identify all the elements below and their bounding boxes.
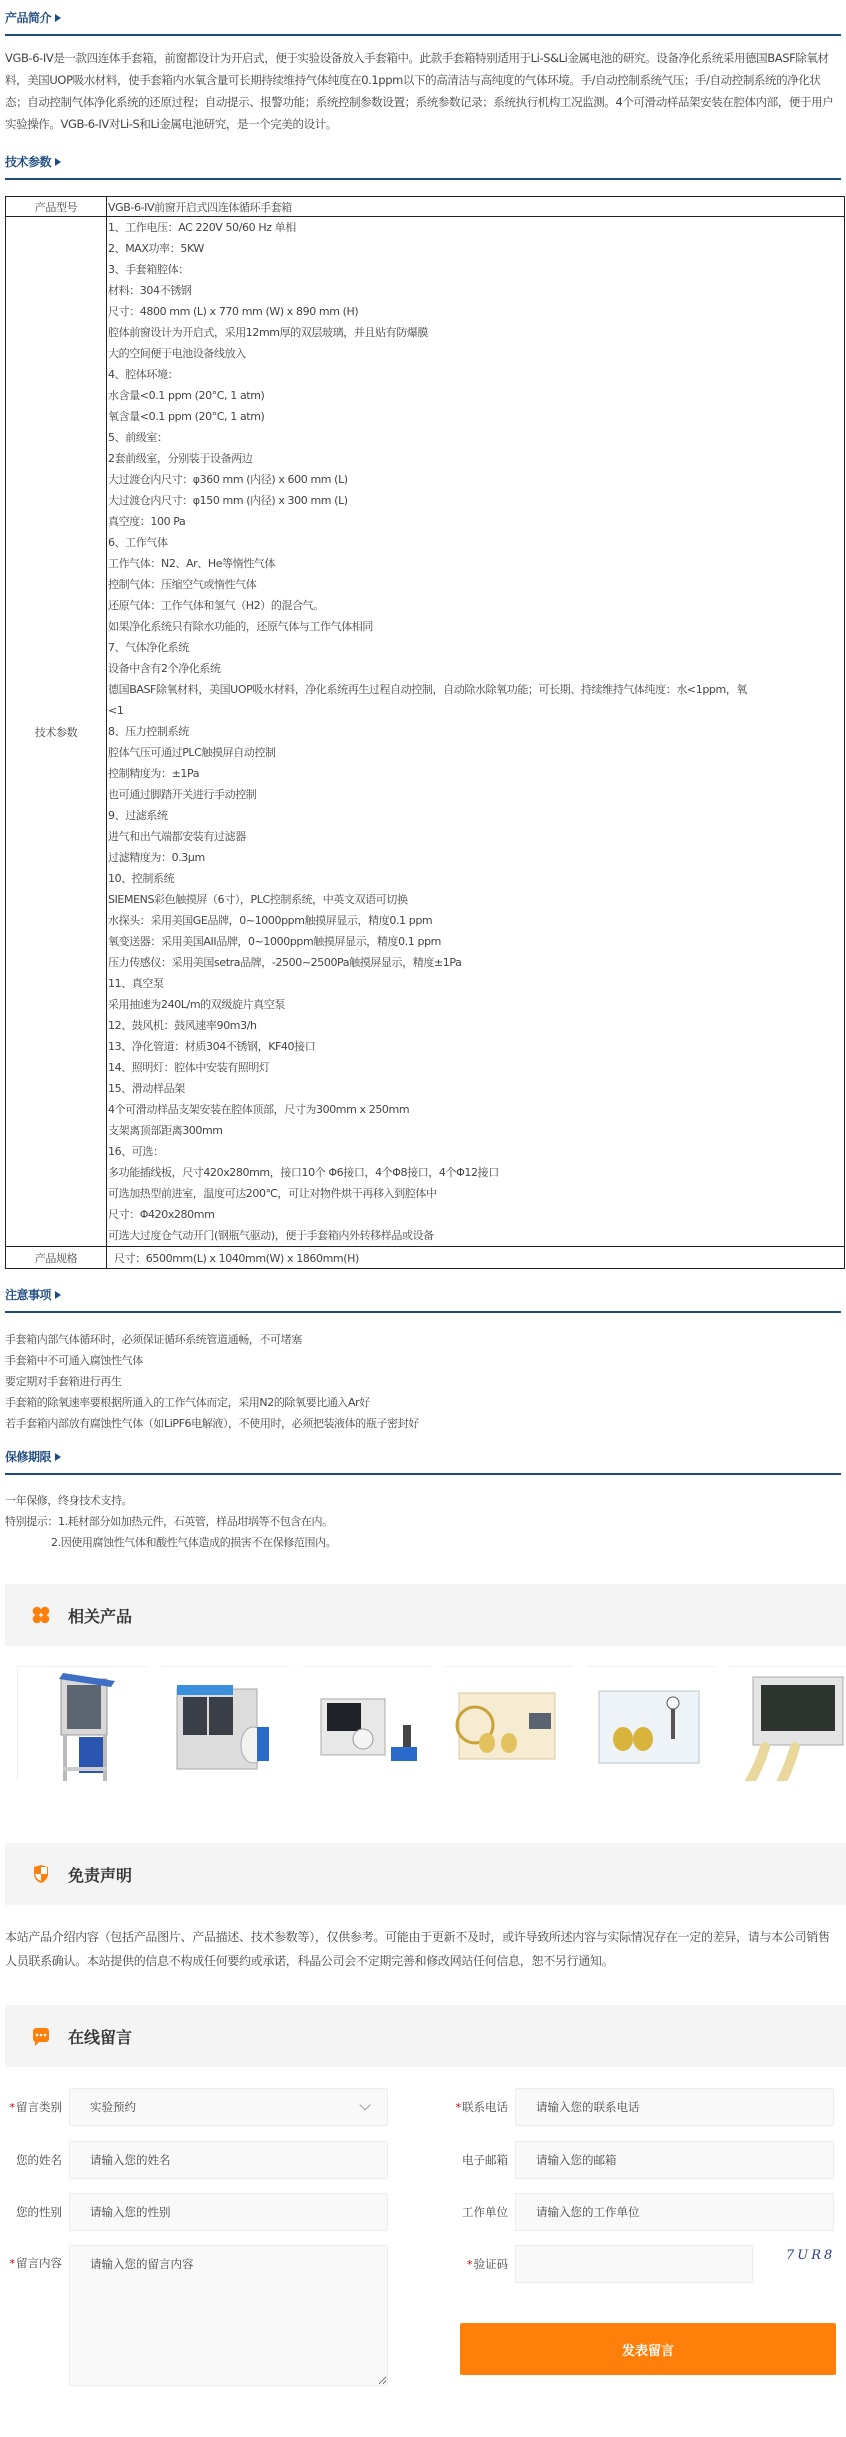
glovebox-image [161,1667,289,1781]
section-title: 注意事项 [5,1286,61,1303]
triangle-right-icon [55,158,61,166]
spec-param-line: 12、鼓风机：鼓风速率90m3/h [108,1015,844,1036]
field-company: 工作单位 [420,2193,846,2231]
submit-message-button[interactable]: 发表留言 [460,2323,836,2375]
spec-param-line: 3、手套箱腔体： [108,259,844,280]
spec-param-line: 氧变送器：采用美国AII品牌，0~1000ppm触摸屏显示，精度0.1 ppm [108,931,844,952]
spec-param-line: 可选加热型前进室，温度可达200℃，可让对物件烘干再移入到腔体中 [108,1183,844,1204]
spec-param-line: 控制精度为：±1Pa [108,763,844,784]
spec-param-line: 水探头：采用美国GE品牌，0~1000ppm触摸屏显示，精度0.1 ppm [108,910,844,931]
spec-param-line: 进气和出气端都安装有过滤器 [108,826,844,847]
warranty-line: 2.因使用腐蚀性气体和酸性气体造成的损害不在保修范围内。 [5,1532,336,1553]
spec-param-line: SIEMENS彩色触摸屏（6寸），PLC控制系统，中英文双语可切换 [108,889,844,910]
phone-label: *联系电话 [440,2088,508,2127]
spec-param-line: 大过渡仓内尺寸：φ360 mm (内径) x 600 mm (L) [108,469,844,490]
phone-input[interactable] [515,2088,834,2126]
spec-param-line: 尺寸：Φ420x280mm [108,1204,844,1225]
spec-param-line: 大过渡仓内尺寸：φ150 mm (内径) x 300 mm (L) [108,490,844,511]
related-products-header: 相关产品 [5,1584,846,1646]
company-input[interactable] [515,2193,834,2231]
spec-param-line: 可选大过度仓气动开门(钢瓶气驱动)，便于手套箱内外转移样品或设备 [108,1225,844,1246]
spec-param-line: 真空度：100 Pa [108,511,844,532]
field-email: 电子邮箱 [420,2141,846,2179]
note-item: 手套箱的除氧速率要根据所通入的工作气体而定，采用N2的除氧要比通入Ar好 [5,1392,419,1413]
warranty-line: 一年保修，终身技术支持。 [5,1490,336,1511]
field-content: *留言内容 [0,2245,400,2386]
spec-param-line: 设备中含有2个净化系统 [108,658,844,679]
section-title: 产品简介 [5,9,61,26]
spec-param-line: 8、压力控制系统 [108,721,844,742]
field-captcha: *验证码 [420,2245,846,2283]
table-row: 产品规格 尺寸：6500mm(L) x 1040mm(W) x 1860mm(H… [6,1247,845,1269]
spec-param-line: 还原气体：工作气体和氢气（H2）的混合气。 [108,595,844,616]
gender-input[interactable] [69,2193,388,2231]
spec-param-line: 15、滑动样品架 [108,1078,844,1099]
spec-param-line: 也可通过脚踏开关进行手动控制 [108,784,844,805]
spec-param-line: 1、工作电压：AC 220V 50/60 Hz 单相 [108,217,844,238]
spec-param-line: 材料：304不锈钢 [108,280,844,301]
glovebox-image [19,1667,147,1781]
field-category: *留言类别 实验预约 [0,2088,400,2126]
clover-icon [32,1606,50,1624]
section-title: 保修期限 [5,1448,61,1465]
spec-param-line: 9、过滤系统 [108,805,844,826]
glovebox-image [445,1667,573,1781]
spec-param-line: 采用抽速为240L/m的双级旋片真空泵 [108,994,844,1015]
spec-param-line: 10、控制系统 [108,868,844,889]
carousel-prev-card [0,1666,18,1781]
product-image[interactable] [445,1666,573,1781]
spec-param-line: 2、MAX功率：5KW [108,238,844,259]
section-title: 技术参数 [5,153,61,170]
captcha-label: *验证码 [440,2245,508,2284]
table-row: 技术参数 1、工作电压：AC 220V 50/60 Hz 单相2、MAX功率：5… [6,217,845,1247]
name-input[interactable] [69,2141,388,2179]
warranty-line: 特别提示：1.耗材部分如加热元件，石英管，样品坩埚等不包含在内。 [5,1511,336,1532]
product-card[interactable]: VGB-2Y 压力控制手... [445,1666,575,1781]
category-label: *留言类别 [0,2088,62,2127]
spec-label: 产品型号 [6,197,107,217]
section-header-specs: 技术参数 [5,150,841,180]
spec-param-line: 7、气体净化系统 [108,637,844,658]
spec-value: VGB-6-IV前窗开启式四连体循环手套箱 [107,197,845,217]
intro-text: VGB-6-IV是一款四连体手套箱，前窗都设计为开启式，便于实验设备放入手套箱中… [5,47,838,135]
spec-param-line: 工作气体：N2、Ar、He等惰性气体 [108,553,844,574]
chevron-down-icon [359,2099,370,2110]
spec-param-line: 尺寸：4800 mm (L) x 770 mm (W) x 890 mm (H) [108,301,844,322]
gender-label: 您的性别 [0,2193,62,2231]
section-header-warranty: 保修期限 [5,1445,841,1475]
product-card[interactable]: VGB-1 不锈钢真空手... [729,1666,846,1781]
spec-param-line: 控制气体：压缩空气或惰性气体 [108,574,844,595]
spec-param-line: <1 [108,700,844,721]
spec-param-line: 6、工作气体 [108,532,844,553]
product-image[interactable] [19,1666,147,1781]
chat-bubble-icon [32,2027,50,2047]
field-phone: *联系电话 [420,2088,846,2126]
disclaimer-header: 免责声明 [5,1843,846,1905]
field-gender: 您的性别 [0,2193,400,2231]
triangle-right-icon [55,1453,61,1461]
disclaimer-text: 本站产品介绍内容（包括产品图片、产品描述、技术参数等），仅供参考。可能由于更新不… [5,1925,836,1973]
product-card[interactable]: VGB-6前窗开启式除... [19,1666,149,1781]
email-label: 电子邮箱 [440,2141,508,2179]
panel-title: 免责声明 [68,1863,132,1886]
glovebox-image [587,1667,715,1781]
company-label: 工作单位 [440,2193,508,2231]
content-label: *留言内容 [0,2253,62,2274]
spec-param-line: 德国BASF除氧材料，美国UOP吸水材料，净化系统再生过程自动控制，自动除水除氧… [108,679,844,700]
note-item: 若手套箱内部放有腐蚀性气体（如LiPF6电解液），不使用时，必须把装液体的瓶子密… [5,1413,419,1434]
spec-param-line: 16、可选： [108,1141,844,1162]
panel-title: 相关产品 [68,1604,132,1627]
spec-table: 产品型号 VGB-6-IV前窗开启式四连体循环手套箱 技术参数 1、工作电压：A… [5,196,845,1269]
spec-param-line: 氧含量<0.1 ppm (20°C, 1 atm) [108,406,844,427]
notes-list: 手套箱内部气体循环时，必须保证循环系统管道通畅，不可堵塞手套箱中不可通入腐蚀性气… [5,1329,419,1434]
section-header-notes: 注意事项 [5,1283,841,1313]
product-image[interactable] [303,1666,431,1781]
category-select[interactable]: 实验预约 [69,2088,388,2126]
spec-param-line: 5、前级室： [108,427,844,448]
table-row: 产品型号 VGB-6-IV前窗开启式四连体循环手套箱 [6,197,845,217]
spec-param-line: 过滤精度为：0.3μm [108,847,844,868]
spec-param-line: 水含量<0.1 ppm (20°C, 1 atm) [108,385,844,406]
content-textarea[interactable] [69,2245,388,2386]
spec-param-line: 压力传感仪：采用美国setra品牌，-2500~2500Pa触摸屏显示，精度±1… [108,952,844,973]
email-input[interactable] [515,2141,834,2179]
spec-value: 尺寸：6500mm(L) x 1040mm(W) x 1860mm(H) [107,1247,845,1269]
captcha-input[interactable] [515,2245,753,2283]
spec-param-line: 支架离顶部距离300mm [108,1120,844,1141]
spec-param-line: 腔体气压可通过PLC触摸屏自动控制 [108,742,844,763]
captcha-image[interactable]: 7UR8 [786,2248,835,2263]
shield-icon [32,1864,50,1884]
spec-param-line: 多功能插线板，尺寸420x280mm，接口10个 Φ6接口，4个Φ8接口，4个Φ… [108,1162,844,1183]
field-name: 您的姓名 [0,2141,400,2179]
message-header: 在线留言 [5,2005,846,2067]
glovebox-image [303,1667,431,1781]
product-card[interactable]: VGB-2 有机玻璃手套箱 [587,1666,717,1781]
warranty-text: 一年保修，终身技术支持。 特别提示：1.耗材部分如加热元件，石英管，样品坩埚等不… [5,1490,336,1553]
spec-params: 1、工作电压：AC 220V 50/60 Hz 单相2、MAX功率：5KW3、手… [107,217,845,1247]
spec-param-line: 如果净化系统只有除水功能的，还原气体与工作气体相同 [108,616,844,637]
note-item: 手套箱中不可通入腐蚀性气体 [5,1350,419,1371]
section-header-intro: 产品简介 [5,6,841,36]
spec-param-line: 4个可滑动样品支架安装在腔体顶部，尺寸为300mm x 250mm [108,1099,844,1120]
spec-param-line: 4、腔体环境： [108,364,844,385]
spec-label: 技术参数 [6,217,107,1247]
spec-param-line: 大的空间便于电池设备线放入 [108,343,844,364]
spec-param-line: 2套前级室，分别装于设备两边 [108,448,844,469]
spec-label: 产品规格 [6,1247,107,1269]
product-card[interactable]: VGB-3 不锈钢真空手... [303,1666,433,1781]
spec-param-line: 腔体前窗设计为开启式，采用12mm厚的双层玻璃，并且贴有防爆膜 [108,322,844,343]
product-card[interactable]: VGB-4 不锈钢真空手... [161,1666,291,1781]
name-label: 您的姓名 [0,2141,62,2179]
triangle-right-icon [55,14,61,22]
panel-title: 在线留言 [68,2025,132,2048]
glovebox-image [729,1667,846,1781]
spec-param-line: 14、照明灯：腔体中安装有照明灯 [108,1057,844,1078]
product-image[interactable] [161,1666,289,1781]
note-item: 要定期对手套箱进行再生 [5,1371,419,1392]
product-image[interactable] [587,1666,715,1781]
related-products-carousel[interactable]: . VGB-6前窗开启式除... [0,1666,846,1781]
note-item: 手套箱内部气体循环时，必须保证循环系统管道通畅，不可堵塞 [5,1329,419,1350]
spec-param-line: 13、净化管道：材质304不锈钢，KF40接口 [108,1036,844,1057]
spec-param-line: 11、真空泵 [108,973,844,994]
product-image[interactable] [729,1666,846,1781]
triangle-right-icon [55,1291,61,1299]
